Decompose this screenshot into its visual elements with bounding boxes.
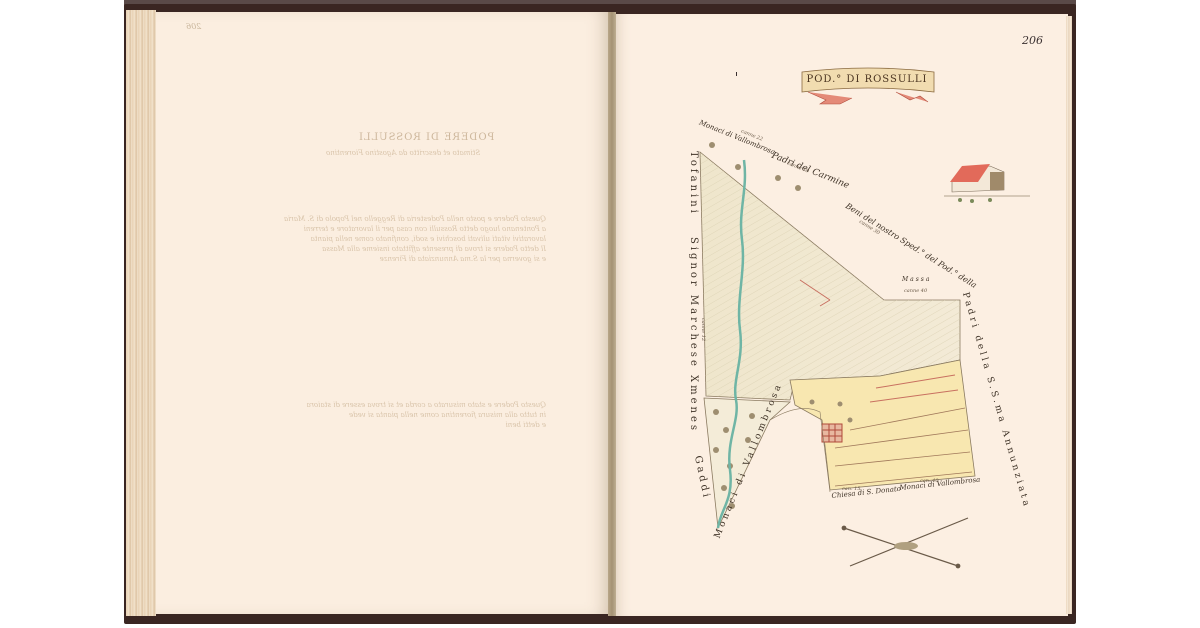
neighbor-label-massa: Massa bbox=[902, 276, 931, 283]
measurement-note: can. 15 bbox=[842, 486, 861, 492]
measurement-note: canne 40 bbox=[904, 288, 927, 294]
farmhouse-plan bbox=[822, 424, 842, 442]
neighbor-label-left-upper: Tofanini bbox=[688, 151, 699, 216]
farmhouse-vignette bbox=[944, 164, 1030, 203]
scale-bar bbox=[842, 518, 968, 568]
neighbor-label-left-mid: Signor Marchese Xmenes bbox=[688, 237, 699, 433]
measurement-note: canne 12 bbox=[700, 318, 706, 341]
title-banner-label: POD.° DI ROSSULLI bbox=[800, 68, 934, 94]
boundary-curve bbox=[770, 408, 830, 492]
banner-title: POD.° DI ROSSULLI bbox=[800, 74, 934, 85]
estate-map bbox=[0, 0, 1200, 628]
measurement-note: can. 40 bbox=[920, 478, 939, 484]
